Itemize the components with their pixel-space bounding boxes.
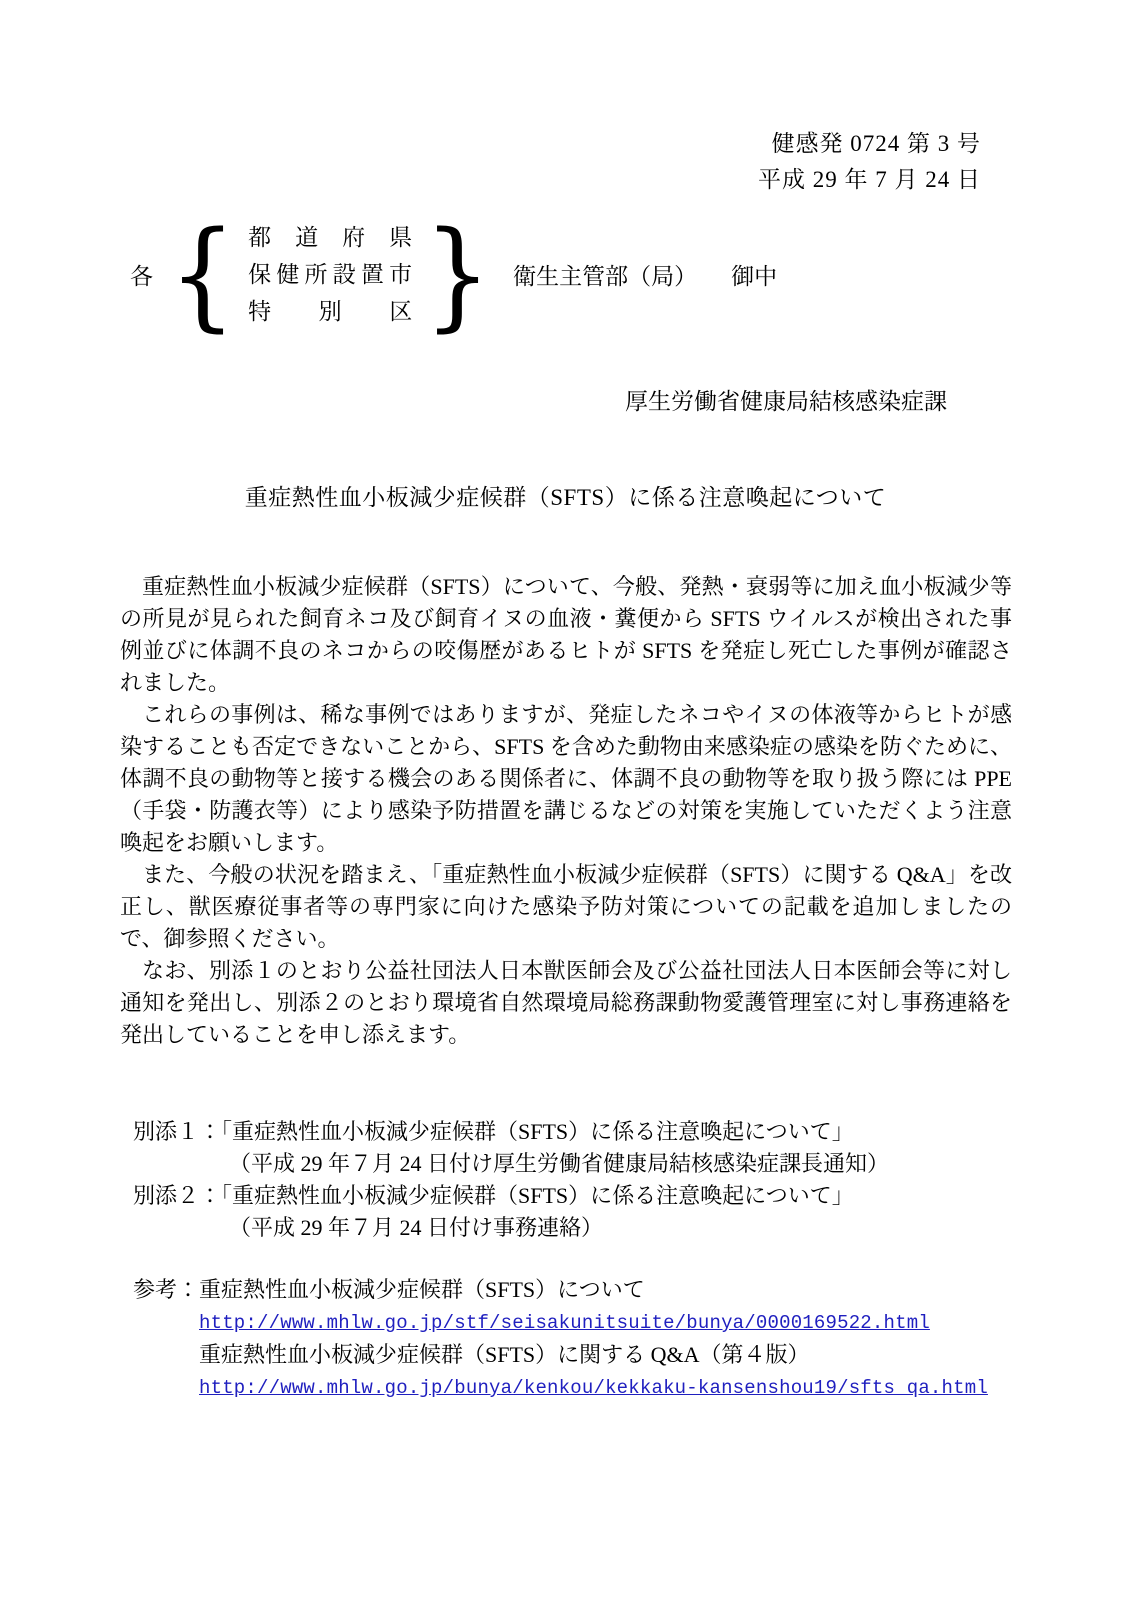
reference-block: 参考：重症熱性血小板減少症候群（SFTS）について http://www.mhl…: [133, 1274, 988, 1404]
sender-organization: 厚生労働省健康局結核感染症課: [625, 383, 947, 416]
right-brace: }: [424, 218, 492, 330]
docket-date: 平成 29 年 7 月 24 日: [758, 162, 981, 198]
attachment-1-title: 「重症熱性血小板減少症候群（SFTS）に係る注意喚起について」: [221, 1119, 854, 1144]
attachment-1-note: （平成 29 年７月 24 日付け厚生労働省健康局結核感染症課長通知）: [229, 1148, 889, 1180]
attachment-2-note: （平成 29 年７月 24 日付け事務連絡）: [229, 1212, 889, 1244]
paragraph-4: なお、別添１のとおり公益社団法人日本獣医師会及び公益社団法人日本医師会等に対し通…: [120, 955, 1012, 1051]
addressee-item-special-wards: 特別区: [248, 293, 412, 330]
attachments-block: 別添１：「重症熱性血小板減少症候群（SFTS）に係る注意喚起について」 （平成 …: [133, 1116, 889, 1244]
reference-line-1: 参考：重症熱性血小板減少症候群（SFTS）について: [133, 1274, 988, 1305]
reference-link-1[interactable]: http://www.mhlw.go.jp/stf/seisakunitsuit…: [199, 1312, 930, 1334]
docket-number: 健感発 0724 第 3 号: [758, 126, 981, 162]
addressee-item-prefectures: 都道府県: [248, 219, 412, 256]
addressee-list: 都道府県 保健所設置市 特別区: [248, 219, 412, 330]
reference-title-2: 重症熱性血小板減少症候群（SFTS）に関する Q&A（第４版）: [199, 1339, 988, 1370]
attachment-1-line: 別添１：「重症熱性血小板減少症候群（SFTS）に係る注意喚起について」: [133, 1116, 889, 1148]
addressee-block: 各 { 都道府県 保健所設置市 特別区 } 衛生主管部（局） 御中: [130, 218, 777, 330]
body-text: 重症熱性血小板減少症候群（SFTS）について、今般、発熱・衰弱等に加え血小板減少…: [120, 571, 1012, 1051]
attachment-2-title: 「重症熱性血小板減少症候群（SFTS）に係る注意喚起について」: [221, 1183, 854, 1208]
paragraph-1: 重症熱性血小板減少症候群（SFTS）について、今般、発熱・衰弱等に加え血小板減少…: [120, 571, 1012, 699]
reference-link-2-line: http://www.mhlw.go.jp/bunya/kenkou/kekka…: [199, 1370, 988, 1404]
docket-block: 健感発 0724 第 3 号 平成 29 年 7 月 24 日: [758, 126, 981, 198]
addressee-item-health-center-cities: 保健所設置市: [248, 256, 412, 293]
attachment-2-line: 別添２：「重症熱性血小板減少症候群（SFTS）に係る注意喚起について」: [133, 1180, 889, 1212]
addressee-department: 衛生主管部（局）: [513, 258, 697, 291]
paragraph-3: また、今般の状況を踏まえ、「重症熱性血小板減少症候群（SFTS）に関する Q&A…: [120, 859, 1012, 955]
left-brace: {: [169, 218, 237, 330]
reference-label: 参考：: [133, 1277, 199, 1302]
document-title: 重症熱性血小板減少症候群（SFTS）に係る注意喚起について: [0, 479, 1131, 512]
reference-link-1-line: http://www.mhlw.go.jp/stf/seisakunitsuit…: [199, 1305, 988, 1339]
reference-link-2[interactable]: http://www.mhlw.go.jp/bunya/kenkou/kekka…: [199, 1377, 988, 1399]
addressee-prefix: 各: [130, 258, 153, 291]
document-page: 健感発 0724 第 3 号 平成 29 年 7 月 24 日 各 { 都道府県…: [0, 0, 1131, 1600]
attachment-1-label: 別添１：: [133, 1119, 221, 1144]
attachment-2-label: 別添２：: [133, 1183, 221, 1208]
reference-title-1: 重症熱性血小板減少症候群（SFTS）について: [199, 1277, 645, 1302]
addressee-honorific: 御中: [731, 258, 777, 291]
paragraph-2: これらの事例は、稀な事例ではありますが、発症したネコやイヌの体液等からヒトが感染…: [120, 699, 1012, 859]
